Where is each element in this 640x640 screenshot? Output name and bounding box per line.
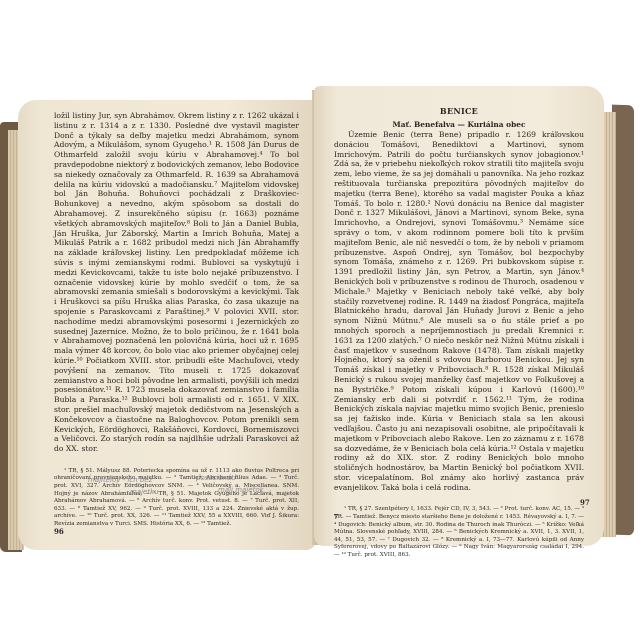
- right-page: BENICE Mať. Benefalva — Kuriálna obec Úz…: [314, 86, 604, 546]
- handwritten-note: mali majetok: [218, 486, 264, 494]
- signature-mark: 7: [334, 514, 338, 521]
- page-number: 96: [54, 527, 64, 536]
- right-page-footnotes: ¹ TR, § 27. Szentpétery I, 1633. Fejér C…: [334, 506, 584, 559]
- right-page-text: Územie Benic (terra Bene) pripadlo r. 12…: [334, 130, 584, 560]
- right-page-body: Územie Benic (terra Bene) pripadlo r. 12…: [334, 130, 584, 492]
- handwritten-note: posesionáti -: [196, 474, 241, 482]
- page-number: 97: [580, 498, 590, 507]
- handwritten-note: majetku: [130, 488, 159, 496]
- left-page-body: ložil listiny Jur, syn Abrahámov. Okrem …: [54, 111, 299, 454]
- chapter-title: BENICE: [314, 106, 604, 116]
- left-page: ložil listiny Jur, syn Abrahámov. Okrem …: [18, 100, 316, 550]
- left-page-text: ložil listiny Jur, syn Abrahámov. Okrem …: [54, 111, 299, 529]
- chapter-subtitle: Mať. Benefalva — Kuriálna obec: [314, 120, 604, 129]
- open-book: ložil listiny Jur, syn Abrahámov. Okrem …: [0, 0, 640, 640]
- handwritten-note: majiteľov - ich bez: [88, 476, 152, 484]
